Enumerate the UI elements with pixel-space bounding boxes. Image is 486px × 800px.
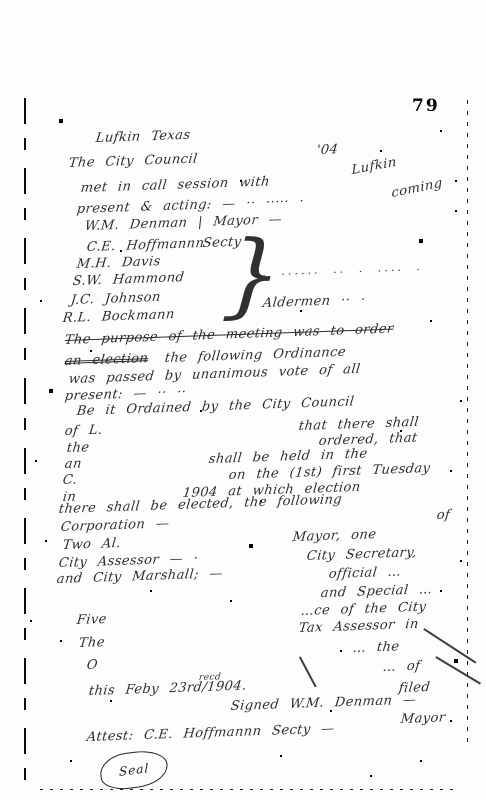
line-secretary-name: C.E. Hoffmannn xyxy=(86,236,205,255)
line-of-l: of L. xyxy=(64,423,103,439)
line-of-place: Lufkin xyxy=(351,155,397,178)
right-edge-line xyxy=(467,100,468,748)
line-the-2: The xyxy=(78,635,106,651)
line-attest-secretary: Attest: C.E. Hoffmannn Secty — xyxy=(86,721,335,745)
line-corporation: Corporation — xyxy=(60,516,170,535)
line-election-struck: an election xyxy=(64,351,149,369)
pen-flourish xyxy=(424,628,477,663)
line-year: '04 xyxy=(316,142,339,158)
line-ce-of-the-city: …ce of the City xyxy=(300,600,427,619)
line-alderman-4: R.L. Bockmann xyxy=(62,307,175,326)
line-alderman-2: S.W. Hammond xyxy=(72,270,185,289)
line-alderman-3: J.C. Johnson xyxy=(70,290,162,308)
line-alderman-1: M.H. Davis xyxy=(76,254,161,272)
line-signed-mayor: Signed W.M. Denman — xyxy=(230,693,417,714)
line-city-secretary: City Secretary, xyxy=(306,545,418,564)
line-session: met in call session with xyxy=(80,174,271,196)
line-o-flourish: O xyxy=(86,658,99,673)
line-and-special: and Special … xyxy=(320,582,433,601)
hand-drawn-seal: Seal xyxy=(98,748,170,792)
scan-noise xyxy=(0,0,2,2)
line-two-al: Two Al. xyxy=(62,536,122,553)
line-five: Five xyxy=(76,612,108,628)
document-page: 79 Lufkin Texas '04 The City Council Luf… xyxy=(0,0,486,800)
line-official: official … xyxy=(328,564,402,582)
line-tax-assessor: Tax Assessor in xyxy=(298,617,419,636)
line-of-fragment-2: … of xyxy=(382,659,421,675)
line-council: The City Council xyxy=(68,152,198,171)
line-the-fragment: … the xyxy=(352,639,400,656)
line-aldermen-label: Aldermen ·· · xyxy=(262,292,366,311)
line-the: the xyxy=(66,440,90,456)
line-mayor-title: Mayor xyxy=(400,710,446,727)
seal-label: Seal xyxy=(119,761,149,779)
line-date: this Feby 23rd/1904. xyxy=(88,679,247,699)
line-place-date: Lufkin Texas xyxy=(95,128,191,146)
pen-flourish xyxy=(299,656,316,687)
line-coming: coming xyxy=(391,176,443,201)
bottom-edge-line xyxy=(40,789,460,790)
page-number: 79 xyxy=(412,96,440,116)
line-of-fragment: of xyxy=(436,508,451,523)
line-an: an xyxy=(64,456,83,472)
line-c: C. xyxy=(62,473,78,488)
line-mayor-one: Mayor, one xyxy=(292,527,377,545)
left-margin-line xyxy=(24,98,26,793)
